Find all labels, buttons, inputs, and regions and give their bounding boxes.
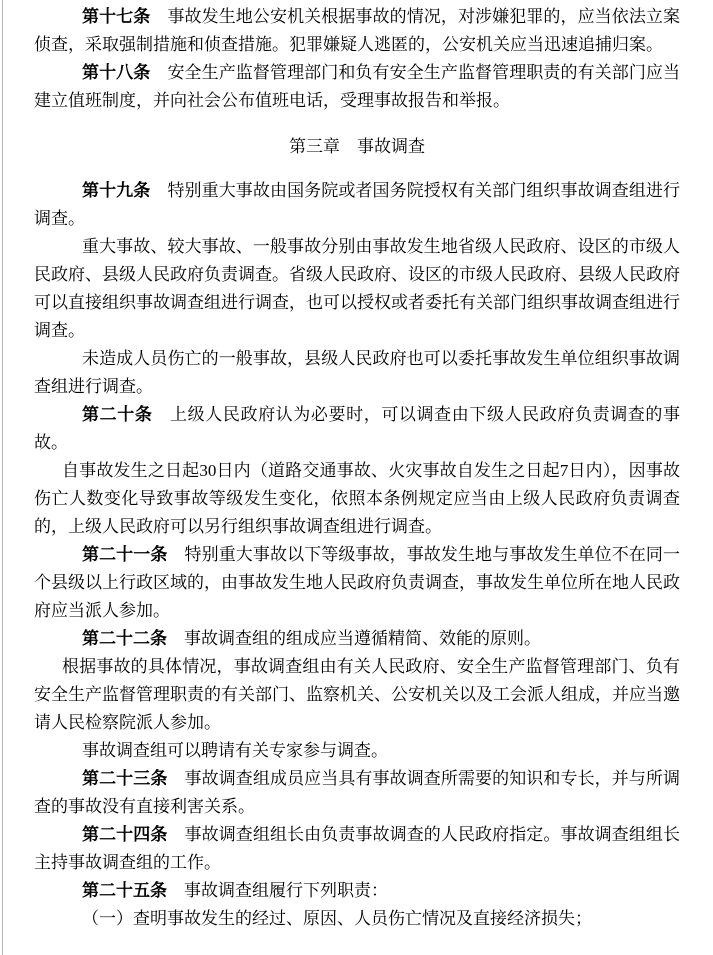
body-paragraph: 自事故发生之日起30日内（道路交通事故、火灾事故自发生之日起7日内），因事故伤亡… bbox=[34, 457, 680, 541]
label-separator bbox=[150, 181, 167, 200]
article-text: 事故调查组的组成应当遵循精简、效能的原则。 bbox=[184, 629, 541, 648]
article-paragraph: 第二十二条 事故调查组的组成应当遵循精简、效能的原则。 bbox=[34, 625, 680, 653]
body-paragraph: （一）查明事故发生的经过、原因、人员伤亡情况及直接经济损失； bbox=[34, 905, 680, 933]
label-separator bbox=[167, 545, 184, 564]
chapter-heading: 第三章 事故调查 bbox=[34, 133, 680, 161]
article-paragraph: 第十八条 安全生产监督管理部门和负有安全生产监督管理职责的有关部门应当建立值班制… bbox=[34, 59, 680, 115]
article-number: 第二十一条 bbox=[82, 545, 167, 564]
article-text: 事故调查组履行下列职责： bbox=[184, 881, 388, 900]
article-number: 第二十五条 bbox=[82, 881, 167, 900]
article-number: 第十八条 bbox=[82, 63, 150, 82]
article-paragraph: 第二十条 上级人民政府认为必要时，可以调查由下级人民政府负责调查的事故。 bbox=[34, 401, 680, 457]
document-page: 第十七条 事故发生地公安机关根据事故的情况，对涉嫌犯罪的，应当依法立案侦查，采取… bbox=[2, 0, 713, 955]
body-paragraph: 根据事故的具体情况，事故调查组由有关人民政府、安全生产监督管理部门、负有安全生产… bbox=[34, 653, 680, 737]
article-number: 第十七条 bbox=[82, 7, 150, 26]
body-paragraph: 未造成人员伤亡的一般事故，县级人民政府也可以委托事故发生单位组织事故调查组进行调… bbox=[34, 345, 680, 401]
label-separator bbox=[167, 881, 184, 900]
article-number: 第十九条 bbox=[82, 181, 150, 200]
document-body: 第十七条 事故发生地公安机关根据事故的情况，对涉嫌犯罪的，应当依法立案侦查，采取… bbox=[3, 0, 713, 943]
article-paragraph: 第十七条 事故发生地公安机关根据事故的情况，对涉嫌犯罪的，应当依法立案侦查，采取… bbox=[34, 3, 680, 59]
label-separator bbox=[150, 63, 167, 82]
body-paragraph: 重大事故、较大事故、一般事故分别由事故发生地省级人民政府、设区的市级人民政府、县… bbox=[34, 233, 680, 345]
article-number: 第二十三条 bbox=[82, 769, 167, 788]
article-paragraph: 第十九条 特别重大事故由国务院或者国务院授权有关部门组织事故调查组进行调查。 bbox=[34, 177, 680, 233]
label-separator bbox=[167, 629, 184, 648]
label-separator bbox=[167, 825, 184, 844]
article-paragraph: 第二十三条 事故调查组成员应当具有事故调查所需要的知识和专长，并与所调查的事故没… bbox=[34, 765, 680, 821]
label-separator bbox=[152, 405, 170, 424]
label-separator bbox=[167, 769, 184, 788]
article-paragraph: 第二十四条 事故调查组组长由负责事故调查的人民政府指定。事故调查组组长主持事故调… bbox=[34, 821, 680, 877]
article-number: 第二十二条 bbox=[82, 629, 167, 648]
article-paragraph: 第二十一条 特别重大事故以下等级事故，事故发生地与事故发生单位不在同一个县级以上… bbox=[34, 541, 680, 625]
article-number: 第二十四条 bbox=[82, 825, 167, 844]
article-number: 第二十条 bbox=[82, 405, 152, 424]
body-paragraph: 事故调查组可以聘请有关专家参与调查。 bbox=[34, 737, 680, 765]
article-paragraph: 第二十五条 事故调查组履行下列职责： bbox=[34, 877, 680, 905]
label-separator bbox=[150, 7, 167, 26]
